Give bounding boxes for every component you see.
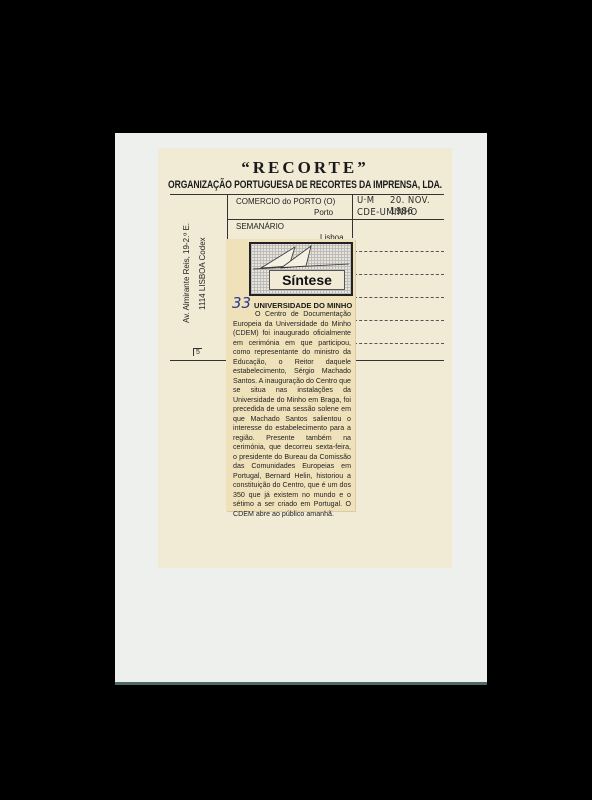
sails-icon [251, 244, 351, 270]
ruled-line [354, 274, 444, 276]
ruled-line [354, 297, 444, 299]
article-headline: UNIVERSIDADE DO MINHO [254, 301, 352, 310]
ruled-line [354, 343, 444, 345]
address-line-2: 1114 LISBOA Codex [198, 237, 207, 310]
form-title: “RECORTE” [158, 158, 452, 178]
newspaper-clipping: Síntese 33 UNIVERSIDADE DO MINHO O Centr… [226, 239, 355, 511]
row-rule-1 [227, 219, 352, 220]
publication-name-2: SEMANÁRIO [236, 222, 284, 231]
ruled-line [354, 320, 444, 322]
logo-wordmark: Síntese [269, 270, 345, 290]
article-body: O Centro de Documentação Europeia da Uni… [233, 310, 351, 519]
row-rule-right [352, 219, 444, 220]
publication-city-1: Porto [314, 208, 333, 217]
form-subtitle: ORGANIZAÇÃO PORTUGUESA DE RECORTES DA IM… [158, 178, 452, 191]
logo-text: Síntese [270, 271, 344, 289]
publication-name-1: COMERCIO do PORTO (O) [236, 197, 335, 206]
handwritten-client: U·M [357, 195, 375, 206]
address-line-1: Av. Almirante Reis, 19-2.º E. [182, 223, 191, 323]
ruled-line [354, 251, 444, 253]
right-column-divider [352, 194, 353, 238]
box-number: 5 [193, 348, 202, 356]
sintese-logo: Síntese [249, 242, 353, 296]
handwritten-reference: CDE-UMINHO [357, 207, 418, 218]
